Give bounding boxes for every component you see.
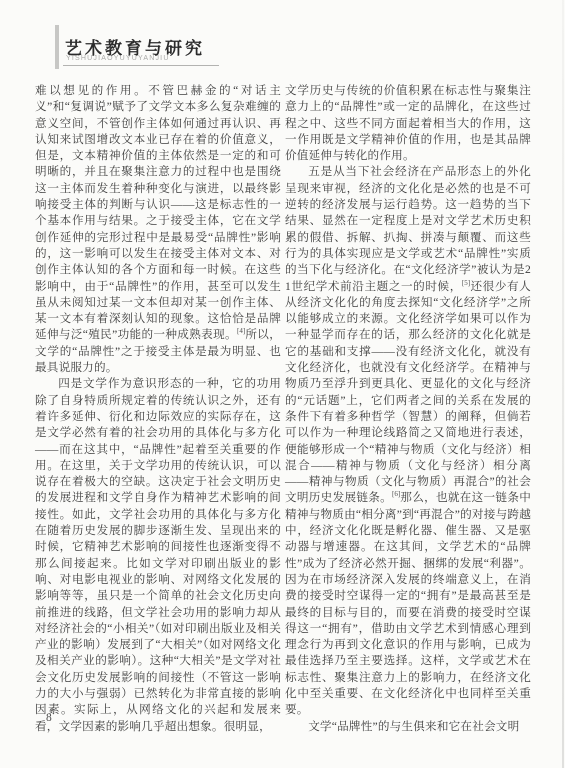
paragraph: 难以想见的作用。不管巴赫金的“对话主义”和“复调说”赋予了文学文本多么复杂难缠的… bbox=[35, 83, 281, 376]
text-run: 那么，也就在这一链条中精神与物质由“相分离”到“再混合”的对接与跨越中，经济文化… bbox=[285, 491, 531, 716]
paragraph: 文学“品牌性”的与生俱来和它在社会文明 bbox=[285, 719, 531, 735]
text-run: 五是从当下社会经济在产品形态上的外化呈现来审视，经济的文化化是必然的也是不可逆转… bbox=[285, 165, 531, 292]
footnote-ref: [5] bbox=[462, 279, 470, 287]
footnote-ref: [4] bbox=[237, 328, 245, 336]
text-run: 还很少有人从经济文化化的角度去探知“文化经济学”之所以能够成立的来源。文化经济学… bbox=[285, 280, 531, 505]
text-run: 文学“品牌性”的与生俱来和它在社会文明 bbox=[308, 720, 519, 733]
paragraph: 文学历史与传统的价值积累在标志性与聚集注意力上的“品牌性”或一定的品牌化，在这些… bbox=[285, 83, 531, 164]
journal-page: 艺术教育与研究 YISHUJIAOYUYUYANJIU 难以想见的作用。不管巴赫… bbox=[0, 0, 565, 768]
text-run: 难以想见的作用。不管巴赫金的“对话主义”和“复调说”赋予了文学文本多么复杂难缠的… bbox=[35, 84, 281, 341]
article-body: 难以想见的作用。不管巴赫金的“对话主义”和“复调说”赋予了文学文本多么复杂难缠的… bbox=[35, 83, 531, 735]
paragraph: 四是文学作为意识形态的一种，它的功用除了自身特质所规定着的传统认识之外，还有着许… bbox=[35, 376, 281, 735]
scan-edge-artifact bbox=[562, 0, 564, 768]
footnote-ref: [6] bbox=[392, 491, 400, 499]
right-column: 文学历史与传统的价值积累在标志性与聚集注意力上的“品牌性”或一定的品牌化，在这些… bbox=[285, 83, 531, 735]
text-run: 四是文学作为意识形态的一种，它的功用除了自身特质所规定着的传统认识之外，还有着许… bbox=[35, 377, 281, 732]
text-run: 文学历史与传统的价值积累在标志性与聚集注意力上的“品牌性”或一定的品牌化，在这些… bbox=[285, 84, 531, 162]
left-column: 难以想见的作用。不管巴赫金的“对话主义”和“复调说”赋予了文学文本多么复杂难缠的… bbox=[35, 83, 281, 735]
masthead-accent-bar bbox=[55, 25, 59, 69]
page-number: 8 bbox=[46, 712, 52, 724]
journal-title-pinyin: YISHUJIAOYUYUYANJIU bbox=[66, 55, 170, 62]
masthead-rule bbox=[63, 65, 219, 66]
paragraph: 五是从当下社会经济在产品形态上的外化呈现来审视，经济的文化化是必然的也是不可逆转… bbox=[285, 164, 531, 718]
